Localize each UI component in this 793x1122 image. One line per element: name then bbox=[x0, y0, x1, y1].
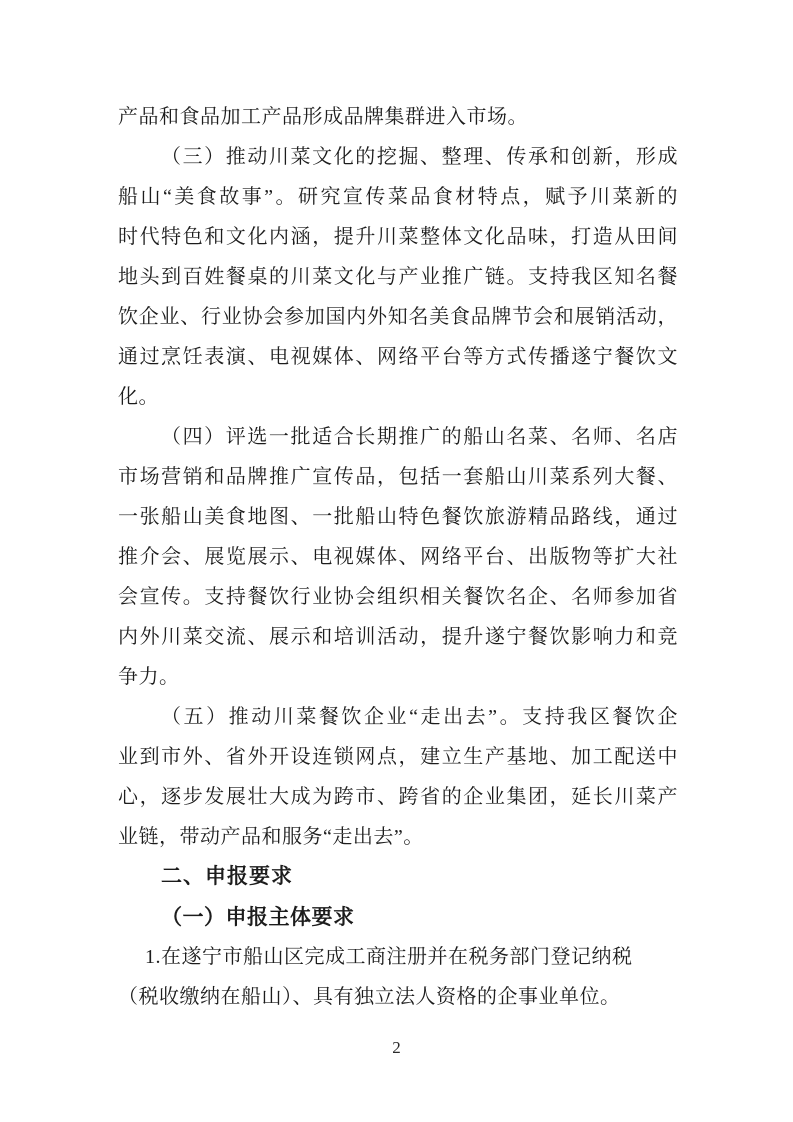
document-line: 通过烹饪表演、电视媒体、网络平台等方式传播遂宁餐饮文 bbox=[118, 337, 678, 377]
document-line: 内外川菜交流、展示和培训活动，提升遂宁餐饮影响力和竞 bbox=[118, 617, 678, 657]
document-line: 1.在遂宁市船山区完成工商注册并在税务部门登记纳税 bbox=[118, 937, 678, 977]
document-line: 时代特色和文化内涵，提升川菜整体文化品味，打造从田间 bbox=[118, 217, 678, 257]
document-line: 业链，带动产品和服务“走出去”。 bbox=[118, 817, 678, 857]
document-line: 推介会、展览展示、电视媒体、网络平台、出版物等扩大社 bbox=[118, 537, 678, 577]
document-page: 产品和食品加工产品形成品牌集群进入市场。 （三）推动川菜文化的挖掘、整理、传承和… bbox=[0, 0, 793, 1122]
document-line: （三）推动川菜文化的挖掘、整理、传承和创新，形成 bbox=[118, 137, 678, 177]
document-line: 饮企业、行业协会参加国内外知名美食品牌节会和展销活动， bbox=[118, 297, 678, 337]
document-line: 争力。 bbox=[118, 657, 678, 697]
document-line: 产品和食品加工产品形成品牌集群进入市场。 bbox=[118, 97, 678, 137]
document-line: （四）评选一批适合长期推广的船山名菜、名师、名店 bbox=[118, 417, 678, 457]
document-line: 化。 bbox=[118, 377, 678, 417]
sub-section-heading: （一）申报主体要求 bbox=[118, 897, 678, 937]
document-line: 船山“美食故事”。研究宣传菜品食材特点，赋予川菜新的 bbox=[118, 177, 678, 217]
major-section-heading: 二、申报要求 bbox=[118, 857, 678, 897]
document-line: 一张船山美食地图、一批船山特色餐饮旅游精品路线，通过 bbox=[118, 497, 678, 537]
document-body: 产品和食品加工产品形成品牌集群进入市场。 （三）推动川菜文化的挖掘、整理、传承和… bbox=[118, 97, 678, 1017]
document-line: 市场营销和品牌推广宣传品，包括一套船山川菜系列大餐、 bbox=[118, 457, 678, 497]
document-line: （税收缴纳在船山）、具有独立法人资格的企事业单位。 bbox=[118, 977, 678, 1017]
document-line: 心，逐步发展壮大成为跨市、跨省的企业集团，延长川菜产 bbox=[118, 777, 678, 817]
document-line: （五）推动川菜餐饮企业“走出去”。支持我区餐饮企 bbox=[118, 697, 678, 737]
page-number: 2 bbox=[0, 1036, 793, 1060]
document-line: 业到市外、省外开设连锁网点，建立生产基地、加工配送中 bbox=[118, 737, 678, 777]
document-line: 地头到百姓餐桌的川菜文化与产业推广链。支持我区知名餐 bbox=[118, 257, 678, 297]
document-line: 会宣传。支持餐饮行业协会组织相关餐饮名企、名师参加省 bbox=[118, 577, 678, 617]
